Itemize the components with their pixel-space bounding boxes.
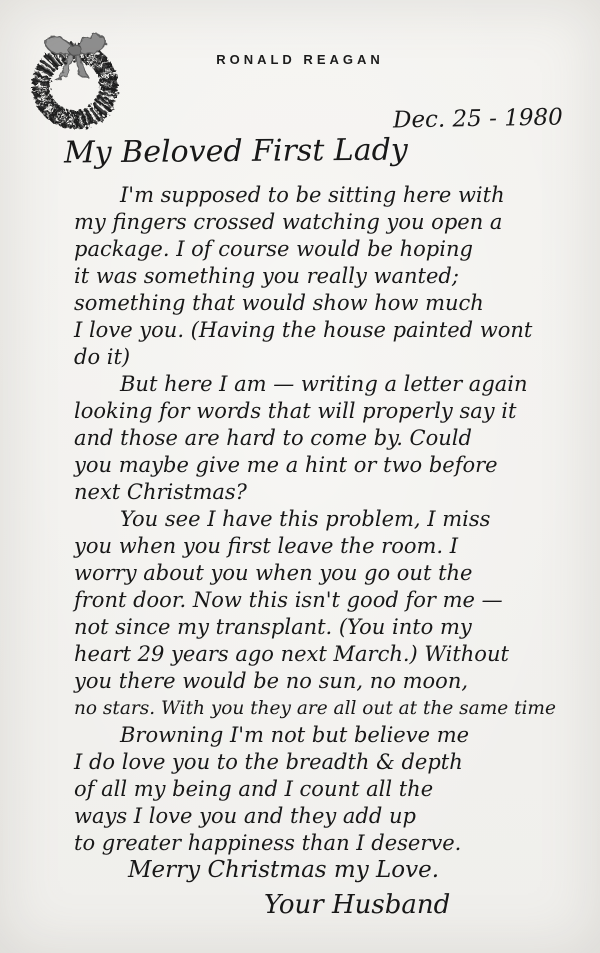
letterhead-name: RONALD REAGAN [0, 52, 600, 67]
letter-line: you when you first leave the room. I [74, 533, 579, 560]
letter-line: and those are hard to come by. Could [74, 425, 579, 452]
letter-line: something that would show how much [74, 290, 579, 317]
letter-line: of all my being and I count all the [74, 776, 579, 803]
letter-line: next Christmas? [74, 479, 579, 506]
letter-page: RONALD REAGAN Dec. 25 - 1980 My Beloved … [0, 0, 600, 953]
letter-line: my fingers crossed watching you open a [74, 209, 579, 236]
letter-line: you there would be no sun, no moon, [74, 668, 579, 695]
letter-line: no stars. With you they are all out at t… [74, 695, 579, 722]
letter-date: Dec. 25 - 1980 [393, 105, 563, 134]
letter-line: front door. Now this isn't good for me — [74, 587, 579, 614]
letter-line: You see I have this problem, I miss [74, 506, 579, 533]
letter-signature: Your Husband [74, 886, 579, 932]
letter-line: do it) [74, 344, 579, 371]
letter-line: package. I of course would be hoping [74, 236, 579, 263]
letter-line: it was something you really wanted; [74, 263, 579, 290]
letter-line: I'm supposed to be sitting here with [74, 182, 579, 209]
letter-line: you maybe give me a hint or two before [74, 452, 579, 479]
letter-line: ways I love you and they add up [74, 803, 579, 830]
letter-closing: Merry Christmas my Love. [74, 857, 579, 886]
letter-line: Browning I'm not but believe me [74, 722, 579, 749]
christmas-wreath-icon [20, 20, 132, 138]
letter-body: I'm supposed to be sitting here with my … [74, 182, 579, 932]
letter-line: worry about you when you go out the [74, 560, 579, 587]
letter-line: to greater happiness than I deserve. [74, 830, 579, 857]
letter-line: looking for words that will properly say… [74, 398, 579, 425]
letter-salutation: My Beloved First Lady [64, 133, 408, 171]
letter-line: I love you. (Having the house painted wo… [74, 317, 579, 344]
letter-line: But here I am — writing a letter again [74, 371, 579, 398]
letter-line: not since my transplant. (You into my [74, 614, 579, 641]
letter-line: heart 29 years ago next March.) Without [74, 641, 579, 668]
letter-line: I do love you to the breadth & depth [74, 749, 579, 776]
